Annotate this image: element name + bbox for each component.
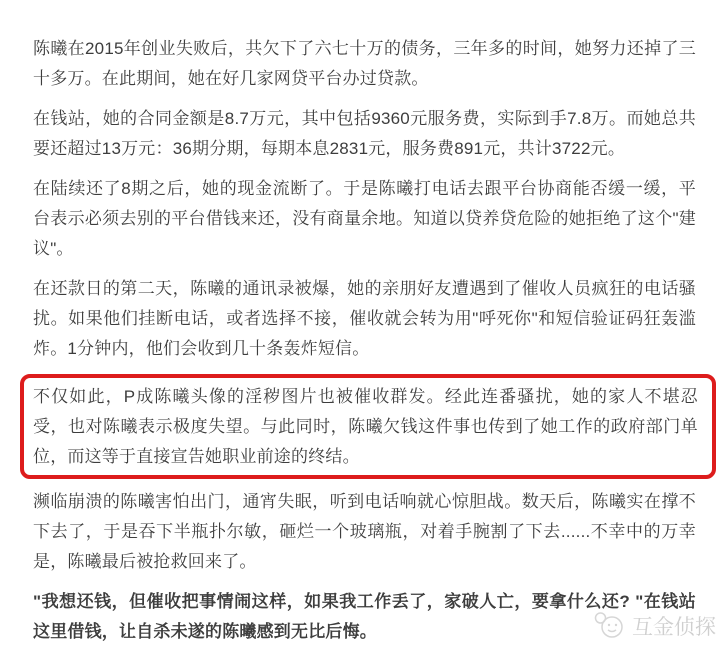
article-paragraph: 濒临崩溃的陈曦害怕出门，通宵失眠，听到电话响就心惊胆战。数天后，陈曦实在撑不下去… <box>33 487 696 577</box>
highlighted-paragraph: 不仅如此，P成陈曦头像的淫秽图片也被催收群发。经此连番骚扰，她的家人不堪忍受，也… <box>20 374 716 479</box>
article-paragraph: 陈曦在2015年创业失败后，共欠下了六七十万的债务，三年多的时间，她努力还掉了三… <box>33 34 696 94</box>
watermark-label: 互金侦探 <box>632 611 716 641</box>
article-paragraph: 在钱站，她的合同金额是8.7万元，其中包括9360元服务费，实际到手7.8万。而… <box>33 104 696 164</box>
detective-logo-icon <box>592 610 628 642</box>
article-body: 陈曦在2015年创业失败后，共欠下了六七十万的债务，三年多的时间，她努力还掉了三… <box>0 0 726 647</box>
watermark: 互金侦探 <box>592 610 716 642</box>
article-paragraph: 在还款日的第二天，陈曦的通讯录被爆，她的亲朋好友遭遇到了催收人员疯狂的电话骚扰。… <box>33 274 696 364</box>
article-paragraph: 在陆续还了8期之后，她的现金流断了。于是陈曦打电话去跟平台协商能否缓一缓，平台表… <box>33 174 696 264</box>
